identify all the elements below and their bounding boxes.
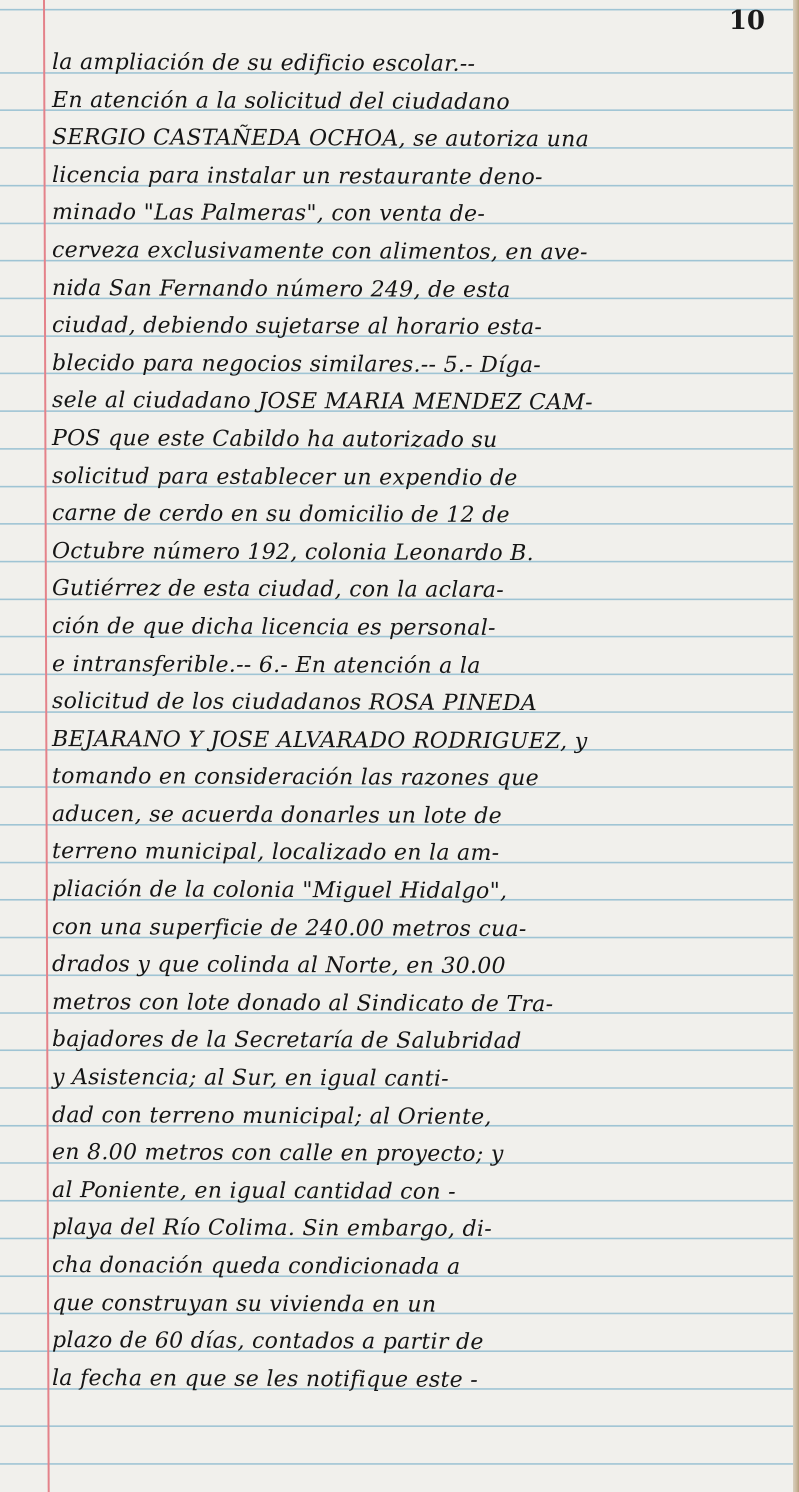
text-line: dad con terreno municipal; al Oriente, bbox=[52, 1097, 785, 1138]
page-stack-edge bbox=[793, 0, 799, 1492]
text-line: POS que este Cabildo ha autorizado su bbox=[52, 420, 785, 461]
text-line: aducen, se acuerda donarles un lote de bbox=[52, 796, 785, 837]
text-line: En atención a la solicitud del ciudadano bbox=[52, 82, 785, 123]
text-line: solicitud de los ciudadanos ROSA PINEDA bbox=[52, 683, 785, 724]
text-line: minado "Las Palmeras", con venta de- bbox=[52, 194, 785, 235]
text-line: blecido para negocios similares.-- 5.- D… bbox=[52, 345, 785, 386]
text-line: ciudad, debiendo sujetarse al horario es… bbox=[52, 307, 785, 348]
text-line: tomando en consideración las razones que bbox=[52, 758, 785, 799]
text-line: drados y que colinda al Norte, en 30.00 bbox=[52, 946, 785, 987]
text-line: en 8.00 metros con calle en proyecto; y bbox=[52, 1134, 785, 1175]
page-number: 10 bbox=[729, 6, 765, 36]
notebook-page: 10 la ampliación de su edificio escolar.… bbox=[0, 0, 795, 1492]
text-line: e intransferible.-- 6.- En atención a la bbox=[52, 646, 785, 687]
text-line: terreno municipal, localizado en la am- bbox=[52, 833, 785, 874]
text-line: que construyan su vivienda en un bbox=[52, 1285, 785, 1326]
text-line: cha donación queda condicionada a bbox=[52, 1247, 785, 1288]
text-line: metros con lote donado al Sindicato de T… bbox=[52, 984, 785, 1025]
text-line: nida San Fernando número 249, de esta bbox=[52, 270, 785, 311]
text-line: sele al ciudadano JOSE MARIA MENDEZ CAM- bbox=[52, 382, 785, 423]
text-line: plazo de 60 días, contados a partir de bbox=[52, 1322, 785, 1363]
text-line: cerveza exclusivamente con alimentos, en… bbox=[52, 232, 785, 273]
text-line: Octubre número 192, colonia Leonardo B. bbox=[52, 533, 785, 574]
text-line: con una superficie de 240.00 metros cua- bbox=[52, 909, 785, 950]
text-line: playa del Río Colima. Sin embargo, di- bbox=[52, 1209, 785, 1250]
text-line: la ampliación de su edificio escolar.-- bbox=[52, 44, 785, 85]
red-margin-line bbox=[43, 0, 49, 1492]
text-line: ción de que dicha licencia es personal- bbox=[52, 608, 785, 649]
text-line: licencia para instalar un restaurante de… bbox=[52, 157, 785, 198]
text-line: carne de cerdo en su domicilio de 12 de bbox=[52, 495, 785, 536]
text-line: solicitud para establecer un expendio de bbox=[52, 458, 785, 499]
text-line: BEJARANO Y JOSE ALVARADO RODRIGUEZ, y bbox=[52, 721, 785, 762]
text-line: bajadores de la Secretaría de Salubridad bbox=[52, 1021, 785, 1062]
text-line: SERGIO CASTAÑEDA OCHOA, se autoriza una bbox=[52, 119, 785, 160]
text-line: la fecha en que se les notifique este - bbox=[52, 1360, 785, 1401]
text-line: pliación de la colonia "Miguel Hidalgo", bbox=[52, 871, 785, 912]
text-line: y Asistencia; al Sur, en igual canti- bbox=[52, 1059, 785, 1100]
handwritten-text-block: la ampliación de su edificio escolar.-- … bbox=[52, 44, 785, 1397]
text-line: Gutiérrez de esta ciudad, con la aclara- bbox=[52, 570, 785, 611]
text-line: al Poniente, en igual cantidad con - bbox=[52, 1172, 785, 1213]
